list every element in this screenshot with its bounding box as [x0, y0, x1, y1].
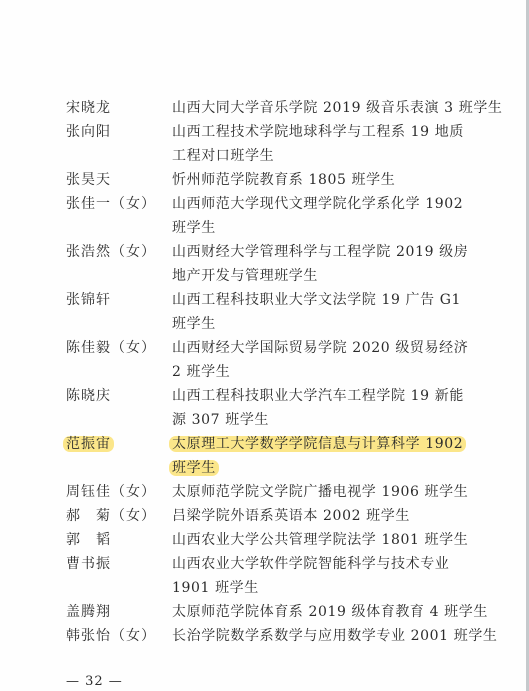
description-line: 太原师范学院体育系 2019 级体育教育 4 班学生 [172, 600, 488, 624]
student-name: 张浩然（女） [66, 240, 172, 264]
document-page: 宋晓龙 山西大同大学音乐学院 2019 级音乐表演 3 班学生 张向阳 山西工程… [0, 0, 526, 691]
list-item-highlighted: 范振宙 太原理工大学数学学院信息与计算科学 1902 班学生 [66, 432, 466, 480]
page-number: — 32 — [66, 673, 123, 691]
list-item: 曹书振 山西农业大学软件学院智能科学与技术专业 1901 班学生 [66, 552, 466, 600]
student-description: 山西工程科技职业大学文法学院 19 广告 G1 班学生 [172, 288, 466, 336]
list-item: 张昊天 忻州师范学院教育系 1805 班学生 [66, 168, 466, 192]
student-description: 山西农业大学公共管理学院法学 1801 班学生 [172, 528, 468, 552]
description-line: 山西财经大学国际贸易学院 2020 级贸易经济 [172, 336, 468, 360]
student-description: 山西农业大学软件学院智能科学与技术专业 1901 班学生 [172, 552, 466, 600]
student-name-text: 郭 韬 [66, 532, 111, 548]
description-line: 太原师范学院文学院广播电视学 1906 班学生 [172, 480, 468, 504]
description-line: 太原理工大学数学学院信息与计算科学 1902 [172, 432, 466, 456]
student-name-text: 陈晓庆 [66, 388, 111, 404]
list-item: 陈佳毅（女） 山西财经大学国际贸易学院 2020 级贸易经济 2 班学生 [66, 336, 466, 384]
student-name: 韩张怡（女） [66, 624, 172, 648]
description-line: 班学生 [172, 216, 466, 240]
student-name: 张锦轩 [66, 288, 172, 312]
highlighted-student-name: 范振宙 [63, 436, 114, 452]
student-description: 太原理工大学数学学院信息与计算科学 1902 班学生 [172, 432, 466, 480]
description-line: 班学生 [172, 312, 466, 336]
description-line: 山西工程技术学院地球科学与工程系 19 地质 [172, 120, 466, 144]
student-name: 宋晓龙 [66, 96, 172, 120]
list-item: 张向阳 山西工程技术学院地球科学与工程系 19 地质 工程对口班学生 [66, 120, 466, 168]
description-line: 山西师范大学现代文理学院化学系化学 1902 [172, 192, 466, 216]
student-name-text: 张浩然（女） [66, 244, 156, 260]
description-line: 吕梁学院外语系英语本 2002 班学生 [172, 504, 466, 528]
student-name: 张向阳 [66, 120, 172, 144]
student-description: 太原师范学院文学院广播电视学 1906 班学生 [172, 480, 468, 504]
list-item: 郭 韬 山西农业大学公共管理学院法学 1801 班学生 [66, 528, 466, 552]
student-name-text: 张佳一（女） [66, 196, 156, 212]
description-line: 山西工程科技职业大学汽车工程学院 19 新能 [172, 384, 466, 408]
highlighted-text: 太原理工大学数学学院信息与计算科学 1902 [169, 436, 466, 452]
list-item: 郝 菊（女） 吕梁学院外语系英语本 2002 班学生 [66, 504, 466, 528]
description-line: 忻州师范学院教育系 1805 班学生 [172, 168, 466, 192]
student-description: 山西工程科技职业大学汽车工程学院 19 新能 源 307 班学生 [172, 384, 466, 432]
student-name: 张佳一（女） [66, 192, 172, 216]
list-item: 宋晓龙 山西大同大学音乐学院 2019 级音乐表演 3 班学生 [66, 96, 466, 120]
description-line: 地产开发与管理班学生 [172, 264, 468, 288]
student-description: 山西工程技术学院地球科学与工程系 19 地质 工程对口班学生 [172, 120, 466, 168]
list-item: 陈晓庆 山西工程科技职业大学汽车工程学院 19 新能 源 307 班学生 [66, 384, 466, 432]
description-line: 班学生 [172, 456, 466, 480]
student-description: 山西师范大学现代文理学院化学系化学 1902 班学生 [172, 192, 466, 240]
student-name-text: 张昊天 [66, 172, 111, 188]
student-name: 范振宙 [66, 432, 172, 456]
student-name-text: 张锦轩 [66, 292, 111, 308]
list-item: 张佳一（女） 山西师范大学现代文理学院化学系化学 1902 班学生 [66, 192, 466, 240]
description-line: 山西农业大学软件学院智能科学与技术专业 [172, 552, 466, 576]
student-description: 山西大同大学音乐学院 2019 级音乐表演 3 班学生 [172, 96, 503, 120]
description-line: 长治学院数学系数学与应用数学专业 2001 班学生 [172, 624, 498, 648]
description-line: 2 班学生 [172, 360, 468, 384]
student-description: 山西财经大学管理科学与工程学院 2019 级房 地产开发与管理班学生 [172, 240, 468, 288]
highlighted-text: 班学生 [169, 460, 219, 476]
student-name-text: 郝 菊（女） [66, 508, 156, 524]
student-list: 宋晓龙 山西大同大学音乐学院 2019 级音乐表演 3 班学生 张向阳 山西工程… [66, 96, 466, 648]
student-name-text: 宋晓龙 [66, 100, 111, 116]
description-line: 山西财经大学管理科学与工程学院 2019 级房 [172, 240, 468, 264]
student-name: 陈晓庆 [66, 384, 172, 408]
student-description: 太原师范学院体育系 2019 级体育教育 4 班学生 [172, 600, 488, 624]
student-name: 张昊天 [66, 168, 172, 192]
description-line: 工程对口班学生 [172, 144, 466, 168]
description-line: 山西大同大学音乐学院 2019 级音乐表演 3 班学生 [172, 96, 503, 120]
student-name: 盖腾翔 [66, 600, 172, 624]
description-line: 山西工程科技职业大学文法学院 19 广告 G1 [172, 288, 466, 312]
student-name: 陈佳毅（女） [66, 336, 172, 360]
student-name: 郭 韬 [66, 528, 172, 552]
student-name-text: 张向阳 [66, 124, 111, 140]
student-description: 长治学院数学系数学与应用数学专业 2001 班学生 [172, 624, 498, 648]
student-name-text: 韩张怡（女） [66, 628, 156, 644]
student-name: 周钰佳（女） [66, 480, 172, 504]
list-item: 张锦轩 山西工程科技职业大学文法学院 19 广告 G1 班学生 [66, 288, 466, 336]
description-line: 源 307 班学生 [172, 408, 466, 432]
student-name-text: 陈佳毅（女） [66, 340, 156, 356]
student-name: 郝 菊（女） [66, 504, 172, 528]
list-item: 盖腾翔 太原师范学院体育系 2019 级体育教育 4 班学生 [66, 600, 466, 624]
student-description: 忻州师范学院教育系 1805 班学生 [172, 168, 466, 192]
list-item: 张浩然（女） 山西财经大学管理科学与工程学院 2019 级房 地产开发与管理班学… [66, 240, 466, 288]
student-description: 吕梁学院外语系英语本 2002 班学生 [172, 504, 466, 528]
description-line: 山西农业大学公共管理学院法学 1801 班学生 [172, 528, 468, 552]
student-name: 曹书振 [66, 552, 172, 576]
description-line: 1901 班学生 [172, 576, 466, 600]
student-name-text: 曹书振 [66, 556, 111, 572]
student-description: 山西财经大学国际贸易学院 2020 级贸易经济 2 班学生 [172, 336, 468, 384]
list-item: 韩张怡（女） 长治学院数学系数学与应用数学专业 2001 班学生 [66, 624, 466, 648]
student-name-text: 盖腾翔 [66, 604, 111, 620]
student-name-text: 周钰佳（女） [66, 484, 156, 500]
list-item: 周钰佳（女） 太原师范学院文学院广播电视学 1906 班学生 [66, 480, 466, 504]
